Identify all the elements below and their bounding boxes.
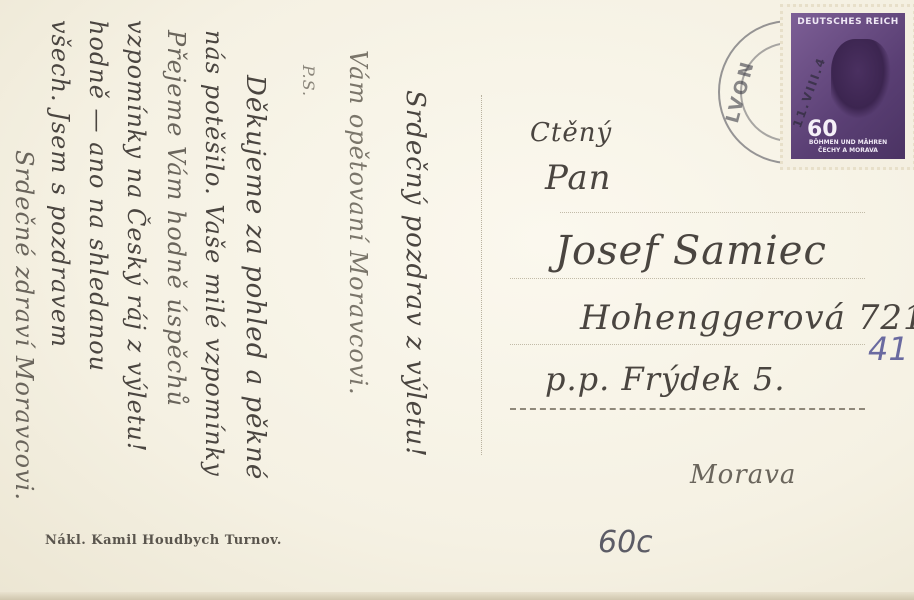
message-line: Srdečný pozdrav z výletu! — [400, 90, 430, 458]
message-line: Děkujeme za pohled a pěkné — [240, 75, 270, 480]
postage-stamp: DEUTSCHES REICH 60 BÖHMEN UND MÄHREN ČEC… — [780, 4, 914, 170]
address-region: Morava — [690, 460, 796, 490]
address-city: p.p. Frýdek 5. — [545, 360, 786, 398]
message-line: nás potěšilo. Vaše milé vzpomínky — [200, 30, 228, 477]
stamp-portrait-icon — [831, 39, 891, 119]
pencil-mark: 41 — [868, 330, 909, 368]
message-line: P.S. — [299, 65, 318, 97]
price-mark: 60c — [598, 525, 653, 560]
center-divider — [481, 95, 482, 455]
publisher-imprint: Nákl. Kamil Houdbych Turnov. — [45, 533, 282, 548]
address-title: Pan — [545, 158, 612, 198]
address-rule — [510, 278, 865, 279]
message-line: Přejeme Vám hodně úspěchů — [162, 30, 190, 407]
address-street: Hohenggerová 721. — [580, 298, 914, 338]
address-rule — [510, 408, 865, 410]
address-name: Josef Samiec — [555, 228, 827, 274]
message-line: Srdečné zdraví Moravcovi. — [10, 150, 38, 501]
address-rule — [510, 344, 865, 345]
message-line: všech. Jsem s pozdravem — [46, 20, 74, 348]
stamp-inscription-line1: BÖHMEN UND MÄHREN — [791, 139, 905, 147]
address-salutation: Ctěný — [530, 118, 612, 148]
stamp-inscription-line2: ČECHY A MORAVA — [791, 147, 905, 155]
message-line: hodně — ano na shledanou — [84, 20, 112, 372]
stamp-inscription: BÖHMEN UND MÄHREN ČECHY A MORAVA — [791, 139, 905, 155]
message-line: Vám opětovaní Moravcovi. — [344, 50, 372, 396]
postcard-back: Srdečný pozdrav z výletu! Vám opětovaní … — [0, 0, 914, 600]
address-rule — [560, 212, 865, 213]
stamp-country: DEUTSCHES REICH — [791, 17, 905, 27]
message-line: vzpomínky na Český ráj z výletu! — [122, 20, 150, 453]
